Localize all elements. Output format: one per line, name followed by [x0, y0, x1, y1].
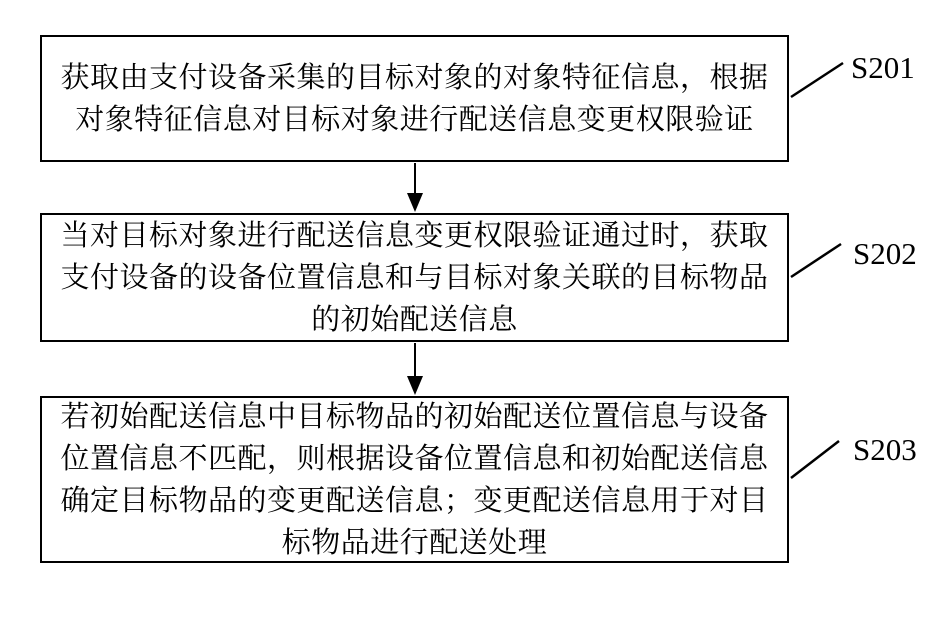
flowchart-canvas: 获取由支付设备采集的目标对象的对象特征信息，根据 对象特征信息对目标对象进行配送…	[0, 0, 933, 618]
leader-line-s203	[791, 441, 839, 478]
leader-line-s202	[791, 244, 841, 277]
flow-step-box-s202: 当对目标对象进行配送信息变更权限验证通过时，获取 支付设备的设备位置信息和与目标…	[40, 213, 789, 342]
flow-step-text-line: 的初始配送信息	[311, 299, 518, 341]
down-arrow-icon	[407, 163, 423, 212]
flow-step-text-line: 当对目标对象进行配送信息变更权限验证通过时，获取	[60, 215, 768, 257]
flow-step-text-line: 支付设备的设备位置信息和与目标对象关联的目标物品	[60, 257, 768, 299]
flow-step-box-s201: 获取由支付设备采集的目标对象的对象特征信息，根据 对象特征信息对目标对象进行配送…	[40, 35, 789, 162]
step-label-s203: S203	[853, 434, 917, 465]
flow-step-text-line: 确定目标物品的变更配送信息；变更配送信息用于对目	[60, 480, 768, 522]
flow-step-text-line: 获取由支付设备采集的目标对象的对象特征信息，根据	[60, 57, 768, 99]
flow-step-text-line: 标物品进行配送处理	[282, 522, 548, 564]
flow-step-text-line: 若初始配送信息中目标物品的初始配送位置信息与设备	[60, 396, 768, 438]
flow-step-text-line: 位置信息不匹配，则根据设备位置信息和初始配送信息	[60, 438, 768, 480]
leader-line-s201	[791, 63, 843, 97]
step-label-s201: S201	[851, 52, 915, 83]
flow-step-text-line: 对象特征信息对目标对象进行配送信息变更权限验证	[75, 99, 754, 141]
flow-step-box-s203: 若初始配送信息中目标物品的初始配送位置信息与设备 位置信息不匹配，则根据设备位置…	[40, 396, 789, 563]
down-arrow-icon	[407, 343, 423, 395]
step-label-s202: S202	[853, 238, 917, 269]
